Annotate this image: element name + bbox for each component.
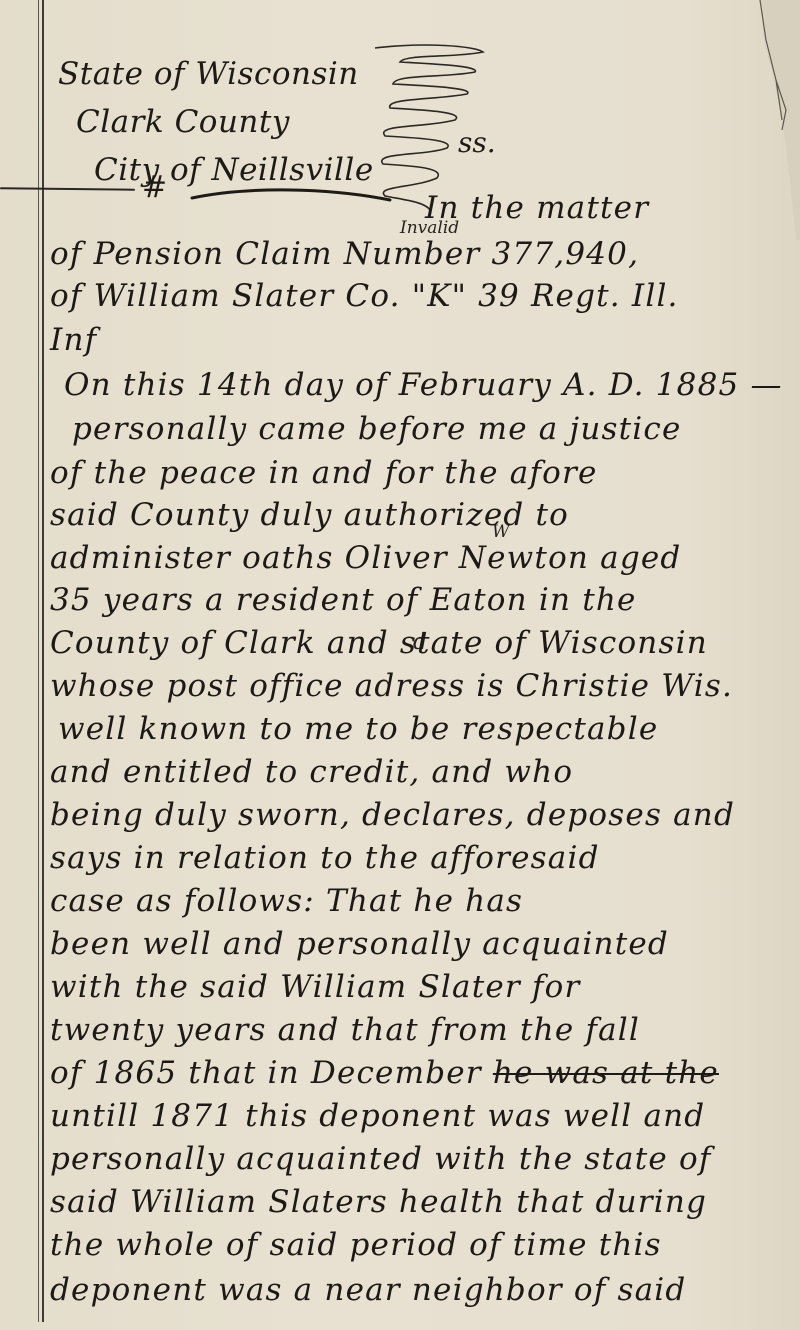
line-20: twenty years and that from the fall xyxy=(50,1012,640,1048)
line-19: with the said William Slater for xyxy=(50,969,581,1005)
line-15: being duly sworn, declares, deposes and xyxy=(50,797,735,833)
line-24: said William Slaters health that during xyxy=(50,1184,707,1220)
line-9: administer oaths Oliver Newton aged xyxy=(50,540,681,576)
line-21-text: of 1865 that in December xyxy=(50,1055,482,1091)
line-6: personally came before me a justice xyxy=(72,411,682,447)
scilicet-mark: ss. xyxy=(458,126,496,159)
line-7: of the peace in and for the afore xyxy=(50,455,598,491)
line-23: personally acquainted with the state of xyxy=(50,1141,712,1177)
venue-city: City of Neillsville xyxy=(58,146,374,194)
torn-edge xyxy=(752,0,800,240)
line-11: County of Clark and state of Wisconsin xyxy=(50,625,708,661)
margin-rule-inner xyxy=(42,0,44,1322)
line-17: case as follows: That he has xyxy=(50,883,523,919)
venue-state: State of Wisconsin xyxy=(58,50,374,98)
line-8: said County duly authorized to xyxy=(50,497,569,533)
line-21: of 1865 that in December he was at the xyxy=(50,1055,719,1091)
line-3: of William Slater Co. "K" 39 Regt. Ill. xyxy=(50,278,679,314)
venue-block: State of Wisconsin Clark County City of … xyxy=(58,50,374,194)
line-13: well known to me to be respectable xyxy=(58,711,658,747)
line-18: been well and personally acquainted xyxy=(50,926,669,962)
document-page: State of Wisconsin Clark County City of … xyxy=(0,0,800,1330)
line-5: On this 14th day of February A. D. 1885 … xyxy=(64,367,783,403)
venue-county: Clark County xyxy=(58,98,374,146)
line-4: Inf xyxy=(50,322,97,358)
line-12: whose post office adress is Christie Wis… xyxy=(50,668,733,704)
line-10: 35 years a resident of Eaton in the xyxy=(50,582,637,618)
struck-text: he was at the xyxy=(493,1055,719,1091)
line-14: and entitled to credit, and who xyxy=(50,754,573,790)
line-22: untill 1871 this deponent was well and xyxy=(50,1098,705,1134)
line-2: of Pension Claim Number 377,940, xyxy=(50,236,639,272)
line-1: In the matter xyxy=(425,190,649,226)
hash-mark: # xyxy=(142,170,167,205)
margin-rule-outer xyxy=(38,0,39,1322)
line-25: the whole of said period of time this xyxy=(50,1227,662,1263)
line-16: says in relation to the afforesaid xyxy=(50,840,600,876)
line-26: deponent was a near neighbor of said xyxy=(50,1272,686,1308)
